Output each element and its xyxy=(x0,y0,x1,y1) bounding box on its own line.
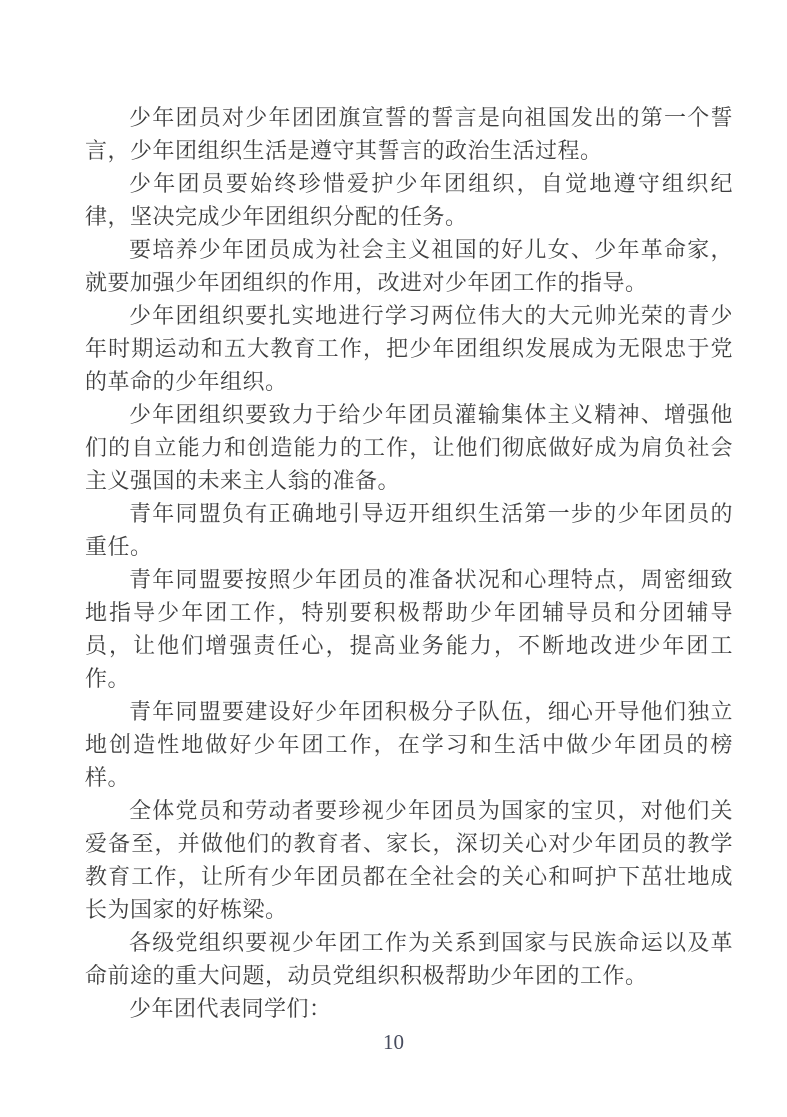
paragraph-5: 少年团组织要致力于给少年团员灌输集体主义精神、增强他们的自立能力和创造能力的工作… xyxy=(85,398,733,497)
paragraph-3: 要培养少年团员成为社会主义祖国的好儿女、少年革命家，就要加强少年团组织的作用，改… xyxy=(85,233,733,299)
paragraph-4: 少年团组织要扎实地进行学习两位伟大的大元帅光荣的青少年时期运动和五大教育工作，把… xyxy=(85,299,733,398)
paragraph-7: 青年同盟要按照少年团员的准备状况和心理特点，周密细致地指导少年团工作，特别要积极… xyxy=(85,563,733,695)
page-number: 10 xyxy=(0,1026,787,1059)
paragraph-11: 少年团代表同学们： xyxy=(85,992,733,1025)
document-page: 少年团员对少年团团旗宣誓的誓言是向祖国发出的第一个誓言，少年团组织生活是遵守其誓… xyxy=(0,0,787,1117)
paragraph-1: 少年团员对少年团团旗宣誓的誓言是向祖国发出的第一个誓言，少年团组织生活是遵守其誓… xyxy=(85,101,733,167)
document-text: 少年团员对少年团团旗宣誓的誓言是向祖国发出的第一个誓言，少年团组织生活是遵守其誓… xyxy=(85,101,733,1025)
paragraph-8: 青年同盟要建设好少年团积极分子队伍，细心开导他们独立地创造性地做好少年团工作，在… xyxy=(85,695,733,794)
paragraph-6: 青年同盟负有正确地引导迈开组织生活第一步的少年团员的重任。 xyxy=(85,497,733,563)
paragraph-10: 各级党组织要视少年团工作为关系到国家与民族命运以及革命前途的重大问题，动员党组织… xyxy=(85,926,733,992)
paragraph-9: 全体党员和劳动者要珍视少年团员为国家的宝贝，对他们关爱备至，并做他们的教育者、家… xyxy=(85,794,733,926)
paragraph-2: 少年团员要始终珍惜爱护少年团组织，自觉地遵守组织纪律，坚决完成少年团组织分配的任… xyxy=(85,167,733,233)
